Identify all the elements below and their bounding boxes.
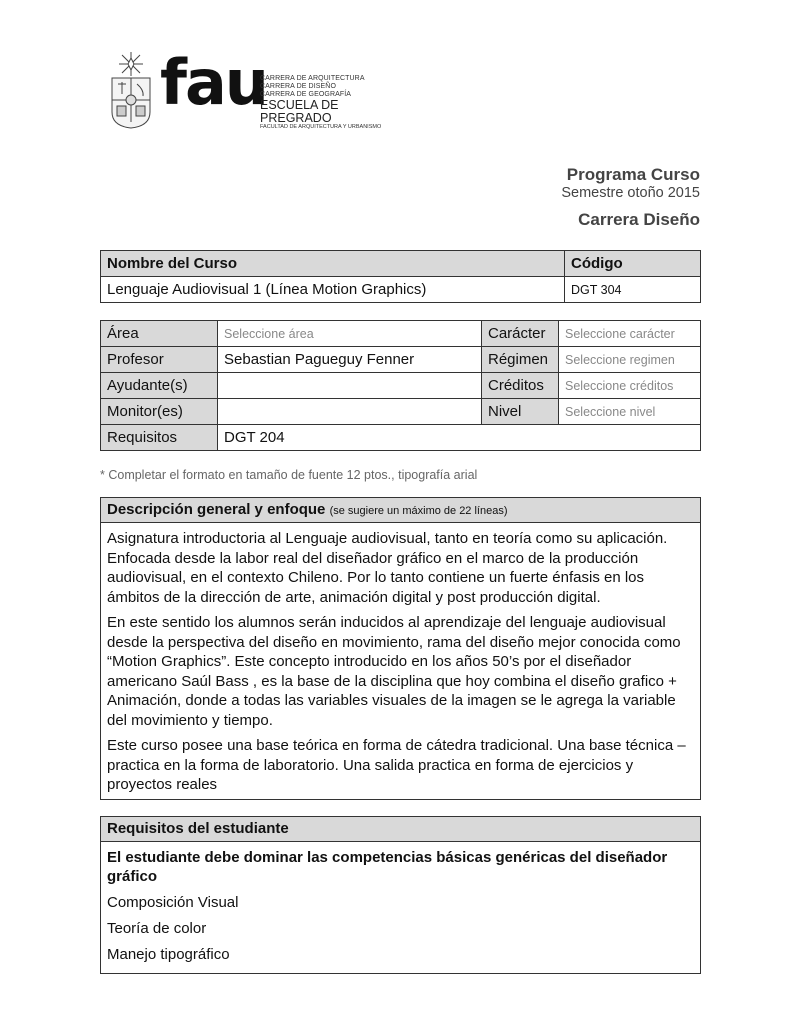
requisitos-label: Requisitos — [101, 425, 218, 451]
description-hint: (se sugiere un máximo de 22 líneas) — [330, 505, 508, 517]
course-name-field[interactable]: Lenguaje Audiovisual 1 (Línea Motion Gra… — [101, 277, 565, 303]
fau-logo: fau CARRERA DE ARQUITECTURA CARRERA DE D… — [108, 50, 398, 130]
format-note: * Completar el formato en tamaño de fuen… — [100, 468, 477, 482]
fau-wordmark: fau — [160, 52, 267, 114]
area-select[interactable]: Seleccione área — [218, 321, 482, 347]
description-body[interactable]: Asignatura introductoria al Lenguaje aud… — [101, 523, 700, 801]
ayudante-label: Ayudante(s) — [101, 373, 218, 399]
profesor-field[interactable]: Sebastian Pagueguy Fenner — [218, 347, 482, 373]
logo-line-arquitectura: CARRERA DE ARQUITECTURA — [260, 75, 398, 82]
monitor-field[interactable] — [218, 399, 482, 425]
university-crest-icon — [108, 50, 154, 130]
ayudante-field[interactable] — [218, 373, 482, 399]
semester: Semestre otoño 2015 — [561, 185, 700, 201]
course-details-table: Área Seleccione área Carácter Seleccione… — [100, 320, 701, 451]
requirement-item: Teoría de color — [107, 919, 694, 938]
course-table: Nombre del Curso Código Lenguaje Audiovi… — [100, 250, 701, 303]
requirement-item: Composición Visual — [107, 893, 694, 912]
logo-faculty: FACULTAD DE ARQUITECTURA Y URBANISMO — [260, 125, 398, 131]
description-paragraph: Este curso posee una base teórica en for… — [107, 736, 694, 795]
logo-line-geografia: CARRERA DE GEOGRAFÍA — [260, 91, 398, 98]
area-label: Área — [101, 321, 218, 347]
requirement-item: Manejo tipográfico — [107, 945, 694, 964]
requirements-header: Requisitos del estudiante — [101, 817, 700, 842]
logo-line-diseno: CARRERA DE DISEÑO — [260, 83, 398, 90]
description-section: Descripción general y enfoque (se sugier… — [100, 497, 701, 800]
logo-school: ESCUELA DE PREGRADO — [260, 99, 398, 124]
course-code-field[interactable]: DGT 304 — [565, 277, 701, 303]
course-name-label: Nombre del Curso — [101, 251, 565, 277]
regimen-select[interactable]: Seleccione regimen — [559, 347, 701, 373]
regimen-label: Régimen — [482, 347, 559, 373]
profesor-label: Profesor — [101, 347, 218, 373]
requirements-body[interactable]: El estudiante debe dominar las competenc… — [101, 842, 700, 977]
nivel-label: Nivel — [482, 399, 559, 425]
document-header: Programa Curso Semestre otoño 2015 Carre… — [561, 165, 700, 230]
logo-text: CARRERA DE ARQUITECTURA CARRERA DE DISEÑ… — [260, 75, 398, 131]
description-paragraph: En este sentido los alumnos serán induci… — [107, 613, 694, 730]
description-paragraph: Asignatura introductoria al Lenguaje aud… — [107, 529, 694, 607]
description-header: Descripción general y enfoque (se sugier… — [101, 498, 700, 523]
requisitos-field[interactable]: DGT 204 — [218, 425, 701, 451]
career: Carrera Diseño — [561, 210, 700, 230]
requirements-title: Requisitos del estudiante — [107, 820, 289, 837]
requirements-lead: El estudiante debe dominar las competenc… — [107, 848, 694, 886]
description-title: Descripción general y enfoque — [107, 501, 325, 518]
creditos-label: Créditos — [482, 373, 559, 399]
page-title: Programa Curso — [561, 165, 700, 185]
creditos-select[interactable]: Seleccione créditos — [559, 373, 701, 399]
caracter-label: Carácter — [482, 321, 559, 347]
requirements-section: Requisitos del estudiante El estudiante … — [100, 816, 701, 974]
caracter-select[interactable]: Seleccione carácter — [559, 321, 701, 347]
monitor-label: Monitor(es) — [101, 399, 218, 425]
nivel-select[interactable]: Seleccione nivel — [559, 399, 701, 425]
course-code-label: Código — [565, 251, 701, 277]
